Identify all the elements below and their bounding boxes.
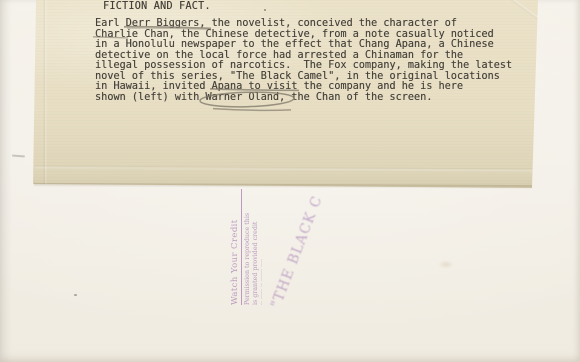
ink-dot	[264, 9, 266, 11]
caption-line: in Hawaii, invited Apana to visit the co…	[95, 82, 512, 93]
caption-slip: FICTION AND FACT. Earl Derr Biggers, the…	[33, 0, 540, 189]
caption-line: in a Honolulu newspaper to the effect th…	[95, 40, 512, 51]
stamp-line: is granted provided credit	[252, 189, 260, 305]
paper-speck	[74, 294, 77, 296]
paper-crease-horizontal	[35, 165, 535, 172]
caption-body: Earl Derr Biggers, the novelist, conceiv…	[95, 19, 512, 103]
caption-heading: FICTION AND FACT.	[103, 2, 211, 13]
paper-crease-vertical	[43, 0, 47, 185]
caption-line: shown (left) with Warner Oland, the Chan…	[95, 93, 512, 104]
stamp-line: Permission to reproduce this	[244, 189, 252, 305]
pencil-smudge	[12, 155, 25, 158]
paper-stain	[438, 260, 454, 269]
photo-reverse-background: FICTION AND FACT. Earl Derr Biggers, the…	[0, 0, 580, 362]
stamp-line: ·· ····· ·· ······ ····	[259, 189, 267, 305]
caption-line: Earl Derr Biggers, the novelist, conceiv…	[95, 19, 512, 30]
stamp-title: Watch Your Credit	[230, 189, 242, 305]
caption-line: illegal possession of narcotics. The Fox…	[95, 61, 512, 72]
